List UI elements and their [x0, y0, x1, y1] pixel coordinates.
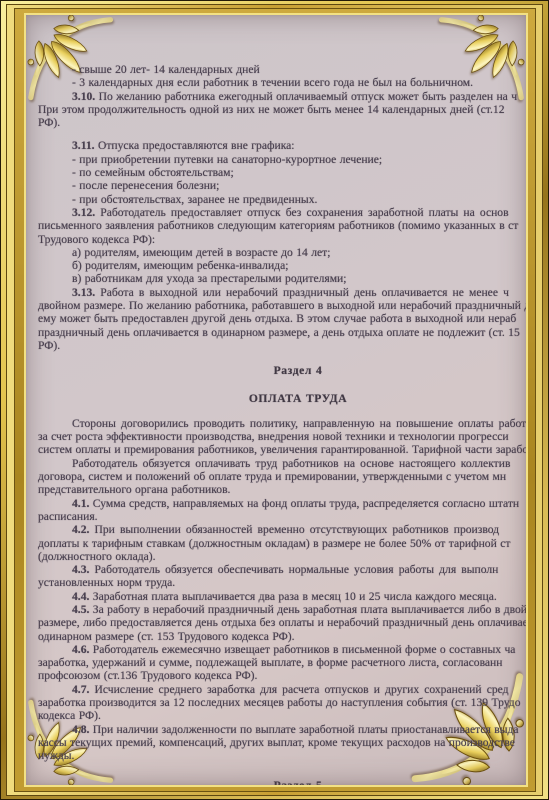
text-line: 3.12. Работодатель предоставляет отпуск … — [38, 206, 526, 219]
frame-gold-band: - свыше 20 лет- 14 календарных дней- 3 к… — [1, 1, 548, 799]
text-line: 3.13. Работа в выходной или нерабочий пр… — [38, 286, 526, 299]
text-line: При этом продолжительность одной из них … — [38, 103, 526, 116]
text-line: б) родителям, имеющим ребенка-инвалида; — [38, 259, 526, 272]
text-line: заработка, удержаний и сумме, подлежащей… — [38, 656, 526, 669]
text-line: письменного заявления работников следующ… — [38, 219, 526, 232]
heading-line: ОПЛАТА ТРУДА — [38, 392, 526, 405]
frame-inner-line-2: - свыше 20 лет- 14 календарных дней- 3 к… — [14, 8, 536, 792]
text-line: за счет роста эффективности производства… — [38, 430, 526, 443]
text-line: а) родителям, имеющим детей в возрасте д… — [38, 246, 526, 259]
text-line: 4.8. При наличии задолженности по выплат… — [38, 723, 526, 736]
text-line: 4.6. Работодатель ежемесячно извещает ра… — [38, 643, 526, 656]
text-line: договора, систем и положений об оплате т… — [38, 470, 526, 483]
text-line: доплаты к тарифным ставкам (должностным … — [38, 537, 526, 550]
text-line: РФ). — [38, 339, 526, 352]
text-line: - 3 календарных дня если работник в тече… — [38, 76, 526, 89]
text-line: - после перенесения болезни; — [38, 179, 526, 192]
framed-document-photo: - свыше 20 лет- 14 календарных дней- 3 к… — [0, 0, 549, 800]
frame-outer-edge: - свыше 20 лет- 14 календарных дней- 3 к… — [0, 0, 549, 800]
text-line: праздничный день оплачивается в одинарно… — [38, 326, 526, 339]
text-line: ему может быть предоставлен другой день … — [38, 312, 526, 325]
text-line: 3.11. Отпуска предоставляются вне график… — [38, 139, 526, 152]
document-page: - свыше 20 лет- 14 календарных дней- 3 к… — [26, 15, 526, 785]
text-line: систем оплаты и премирования работников,… — [38, 443, 526, 456]
text-line: - свыше 20 лет- 14 календарных дней — [38, 63, 526, 76]
document-text: - свыше 20 лет- 14 календарных дней- 3 к… — [38, 63, 526, 785]
text-line: Стороны договорились проводить политику,… — [38, 417, 526, 430]
text-line: заработка производится за 12 последних м… — [38, 696, 526, 709]
text-line: двойном размере. По желанию работника, р… — [38, 299, 526, 312]
text-line: Работодатель обязуется оплачивать труд р… — [38, 457, 526, 470]
heading-line: Раздел 5 — [38, 779, 526, 785]
heading-line: Раздел 4 — [38, 364, 526, 377]
frame-matte-band: - свыше 20 лет- 14 календарных дней- 3 к… — [15, 9, 535, 791]
frame-gold-band-2: - свыше 20 лет- 14 календарных дней- 3 к… — [7, 5, 542, 795]
text-line: 4.1. Сумма средств, направляемых на фонд… — [38, 497, 526, 510]
text-line: (должностного оклада). — [38, 550, 526, 563]
text-line: 4.5. За работу в нерабочий праздничный д… — [38, 603, 526, 616]
text-line: установленных норм труда. — [38, 576, 526, 589]
text-line: 4.7. Исчисление среднего заработка для р… — [38, 683, 526, 696]
text-line: 4.2. При выполнении обязанностей временн… — [38, 523, 526, 536]
text-line: - по семейным обстоятельствам; — [38, 166, 526, 179]
text-line: 4.3. Работодатель обязуется обеспечивать… — [38, 563, 526, 576]
text-line: кодекса РФ). — [38, 709, 526, 722]
text-line: нужды. — [38, 749, 526, 762]
text-line: - при приобретении путевки на санаторно-… — [38, 153, 526, 166]
text-line: 3.10. По желанию работника ежегодный опл… — [38, 90, 526, 103]
text-line: кассы текущих премий, компенсаций, други… — [38, 736, 526, 749]
frame-inner-line-1: - свыше 20 лет- 14 календарных дней- 3 к… — [6, 4, 543, 796]
text-line: РФ). — [38, 116, 526, 129]
text-line: расписания. — [38, 510, 526, 523]
text-line: - при обстоятельствах, заранее не предви… — [38, 193, 526, 206]
frame-inner-gilt-line: - свыше 20 лет- 14 календарных дней- 3 к… — [24, 13, 528, 787]
text-line: в) работникам для ухода за престарелыми … — [38, 272, 526, 285]
text-line: Трудового кодекса РФ): — [38, 233, 526, 246]
text-line: представительного органа работников. — [38, 483, 526, 496]
text-line: размере, либо предоставляется день отдых… — [38, 616, 526, 629]
text-line: одинарном размере (ст. 153 Трудового код… — [38, 630, 526, 643]
text-line: профсоюзом (ст.136 Трудового кодекса РФ)… — [38, 669, 526, 682]
text-line: 4.4. Заработная плата выплачивается два … — [38, 590, 526, 603]
